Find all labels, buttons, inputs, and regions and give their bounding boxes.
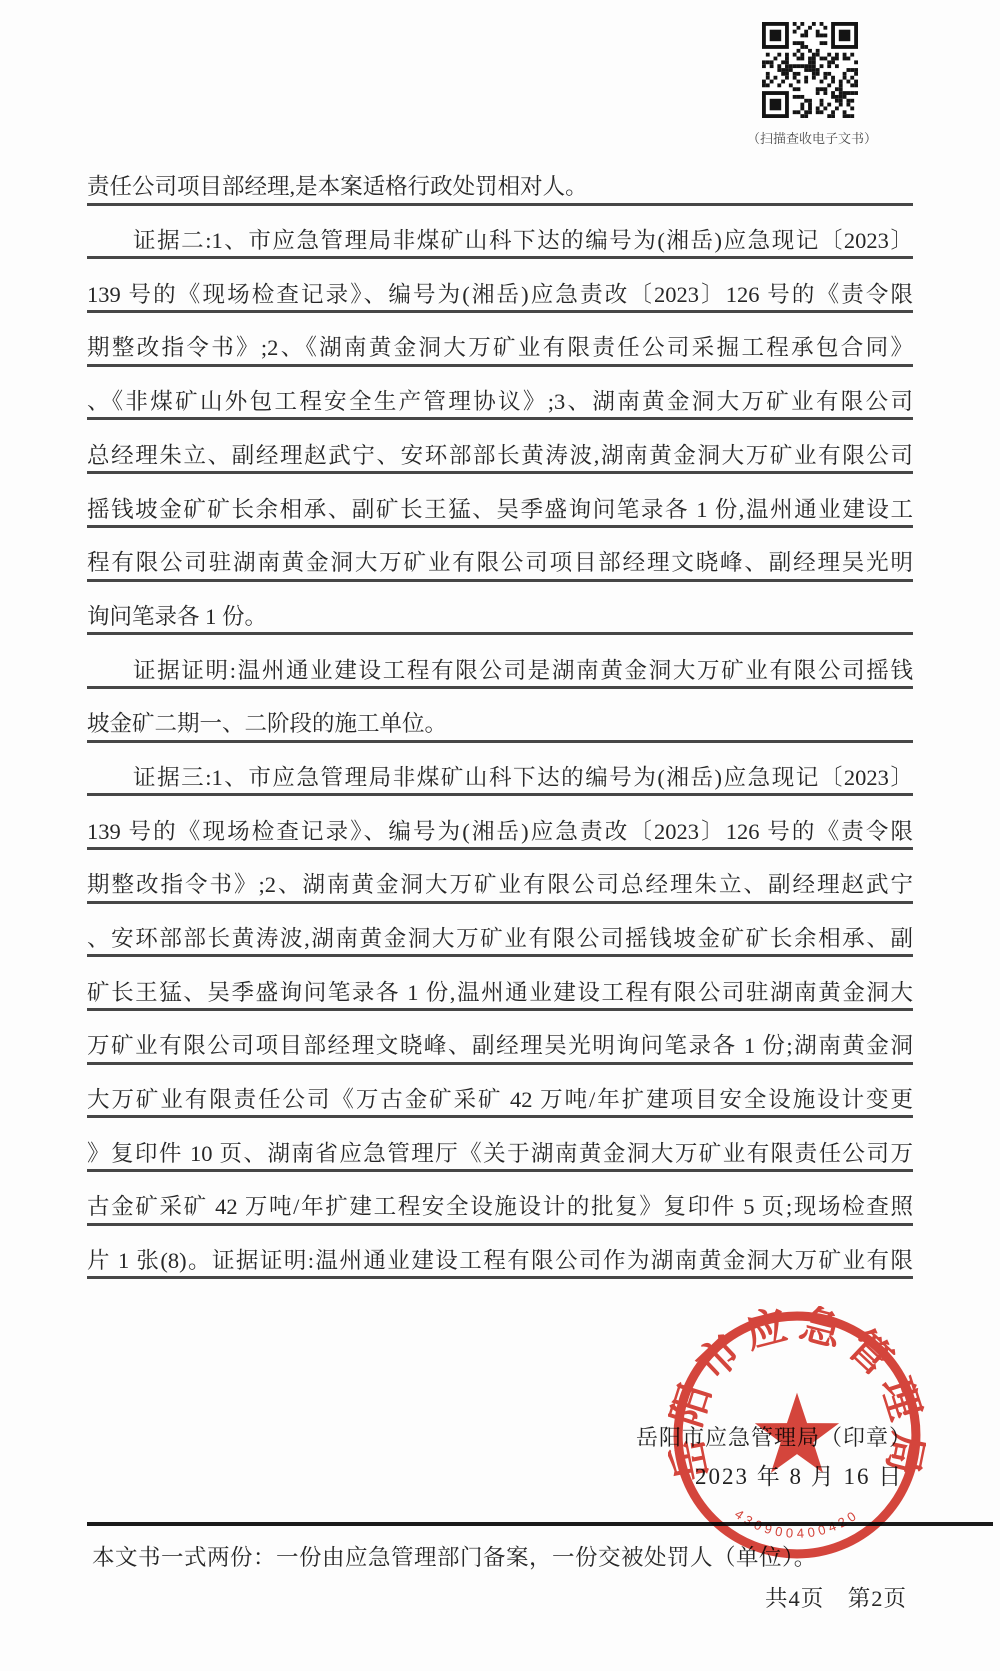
text-line: 139 号的《现场检查记录》、编号为(湘岳)应急责改〔2023〕126 号的《责… [87, 259, 913, 313]
text-line-content: 摇钱坡金矿矿长余相承、副矿长王猛、吴季盛询问笔录各 1 份,温州通业建设工 [87, 498, 913, 525]
text-line: 摇钱坡金矿矿长余相承、副矿长王猛、吴季盛询问笔录各 1 份,温州通业建设工 [87, 474, 913, 528]
text-line-content: 、安环部部长黄涛波,湖南黄金洞大万矿业有限公司摇钱坡金矿矿长余相承、副 [87, 927, 913, 954]
qr-caption: （扫描查收电子文书） [747, 128, 873, 147]
text-line-content: 程有限公司驻湖南黄金洞大万矿业有限公司项目部经理文晓峰、副经理吴光明 [87, 551, 913, 578]
text-line: 139 号的《现场检查记录》、编号为(湘岳)应急责改〔2023〕126 号的《责… [87, 796, 913, 850]
document-body: 责任公司项目部经理,是本案适格行政处罚相对人。 证据二:1、市应急管理局非煤矿山… [87, 152, 913, 1279]
text-line: 证据证明:温州通业建设工程有限公司是湖南黄金洞大万矿业有限公司摇钱 [87, 635, 913, 689]
text-line-content: 总经理朱立、副经理赵武宁、安环部部长黄涛波,湖南黄金洞大万矿业有限公司 [87, 444, 913, 471]
text-line: 、安环部部长黄涛波,湖南黄金洞大万矿业有限公司摇钱坡金矿矿长余相承、副 [87, 904, 913, 958]
text-line-content: 坡金矿二期一、二阶段的施工单位。 [87, 712, 913, 739]
text-line: 总经理朱立、副经理赵武宁、安环部部长黄涛波,湖南黄金洞大万矿业有限公司 [87, 420, 913, 474]
text-line-content: 古金矿采矿 42 万吨/年扩建工程安全设施设计的批复》复印件 5 页;现场检查照 [87, 1195, 913, 1222]
text-line-content: 询问笔录各 1 份。 [87, 605, 913, 632]
text-line: 古金矿采矿 42 万吨/年扩建工程安全设施设计的批复》复印件 5 页;现场检查照 [87, 1172, 913, 1226]
qr-code-icon [762, 22, 858, 118]
text-line-content: 期整改指令书》;2、湖南黄金洞大万矿业有限公司总经理朱立、副经理赵武宁 [87, 873, 913, 900]
text-line: 坡金矿二期一、二阶段的施工单位。 [87, 689, 913, 743]
text-line: 》复印件 10 页、湖南省应急管理厅《关于湖南黄金洞大万矿业有限责任公司万 [87, 1118, 913, 1172]
page-indicator: 共4页 第2页 [87, 1581, 907, 1613]
text-line-content: 大万矿业有限责任公司《万古金矿采矿 42 万吨/年扩建项目安全设施设计变更 [87, 1088, 913, 1115]
issuing-agency-line: 岳阳市应急管理局（印章） [636, 1421, 912, 1452]
text-line: 证据二:1、市应急管理局非煤矿山科下达的编号为(湘岳)应急现记〔2023〕 [87, 206, 913, 260]
text-line: 矿长王猛、吴季盛询问笔录各 1 份,温州通业建设工程有限公司驻湖南黄金洞大 [87, 957, 913, 1011]
text-line-content: 139 号的《现场检查记录》、编号为(湘岳)应急责改〔2023〕126 号的《责… [87, 820, 913, 847]
footer-note: 本文书一式两份：一份由应急管理部门备案，一份交被处罚人（单位）。 [92, 1540, 817, 1572]
text-line-content: 》复印件 10 页、湖南省应急管理厅《关于湖南黄金洞大万矿业有限责任公司万 [87, 1142, 913, 1169]
text-line: 责任公司项目部经理,是本案适格行政处罚相对人。 [87, 152, 913, 206]
text-line-content: 139 号的《现场检查记录》、编号为(湘岳)应急责改〔2023〕126 号的《责… [87, 283, 913, 310]
text-line: 万矿业有限公司项目部经理文晓峰、副经理吴光明询问笔录各 1 份;湖南黄金洞 [87, 1011, 913, 1065]
text-line: 、《非煤矿山外包工程安全生产管理协议》;3、湖南黄金洞大万矿业有限公司 [87, 367, 913, 421]
text-line-content: 片 1 张(8)。证据证明:温州通业建设工程有限公司作为湖南黄金洞大万矿业有限 [87, 1249, 913, 1276]
text-line-content: 证据二:1、市应急管理局非煤矿山科下达的编号为(湘岳)应急现记〔2023〕 [87, 229, 913, 256]
text-line-content: 证据三:1、市应急管理局非煤矿山科下达的编号为(湘岳)应急现记〔2023〕 [87, 766, 913, 793]
text-line-content: 、《非煤矿山外包工程安全生产管理协议》;3、湖南黄金洞大万矿业有限公司 [87, 390, 913, 417]
footer-divider [87, 1522, 993, 1526]
issue-date-line: 2023 年 8 月 16 日 [695, 1458, 903, 1491]
text-line: 大万矿业有限责任公司《万古金矿采矿 42 万吨/年扩建项目安全设施设计变更 [87, 1065, 913, 1119]
text-line-content: 万矿业有限公司项目部经理文晓峰、副经理吴光明询问笔录各 1 份;湖南黄金洞 [87, 1034, 913, 1061]
document-page: （扫描查收电子文书） 责任公司项目部经理,是本案适格行政处罚相对人。 证据二:1… [0, 0, 1000, 1671]
text-line-content: 责任公司项目部经理,是本案适格行政处罚相对人。 [87, 175, 913, 202]
text-line: 期整改指令书》;2、《湖南黄金洞大万矿业有限责任公司采掘工程承包合同》 [87, 313, 913, 367]
text-line: 期整改指令书》;2、湖南黄金洞大万矿业有限公司总经理朱立、副经理赵武宁 [87, 850, 913, 904]
qr-code-block: （扫描查收电子文书） [747, 22, 873, 147]
text-line: 程有限公司驻湖南黄金洞大万矿业有限公司项目部经理文晓峰、副经理吴光明 [87, 528, 913, 582]
text-line: 询问笔录各 1 份。 [87, 582, 913, 636]
text-line: 证据三:1、市应急管理局非煤矿山科下达的编号为(湘岳)应急现记〔2023〕 [87, 743, 913, 797]
text-line-content: 矿长王猛、吴季盛询问笔录各 1 份,温州通业建设工程有限公司驻湖南黄金洞大 [87, 981, 913, 1008]
text-line-content: 期整改指令书》;2、《湖南黄金洞大万矿业有限责任公司采掘工程承包合同》 [87, 336, 913, 363]
text-line: 片 1 张(8)。证据证明:温州通业建设工程有限公司作为湖南黄金洞大万矿业有限 [87, 1226, 913, 1280]
text-line-content: 证据证明:温州通业建设工程有限公司是湖南黄金洞大万矿业有限公司摇钱 [87, 659, 913, 686]
